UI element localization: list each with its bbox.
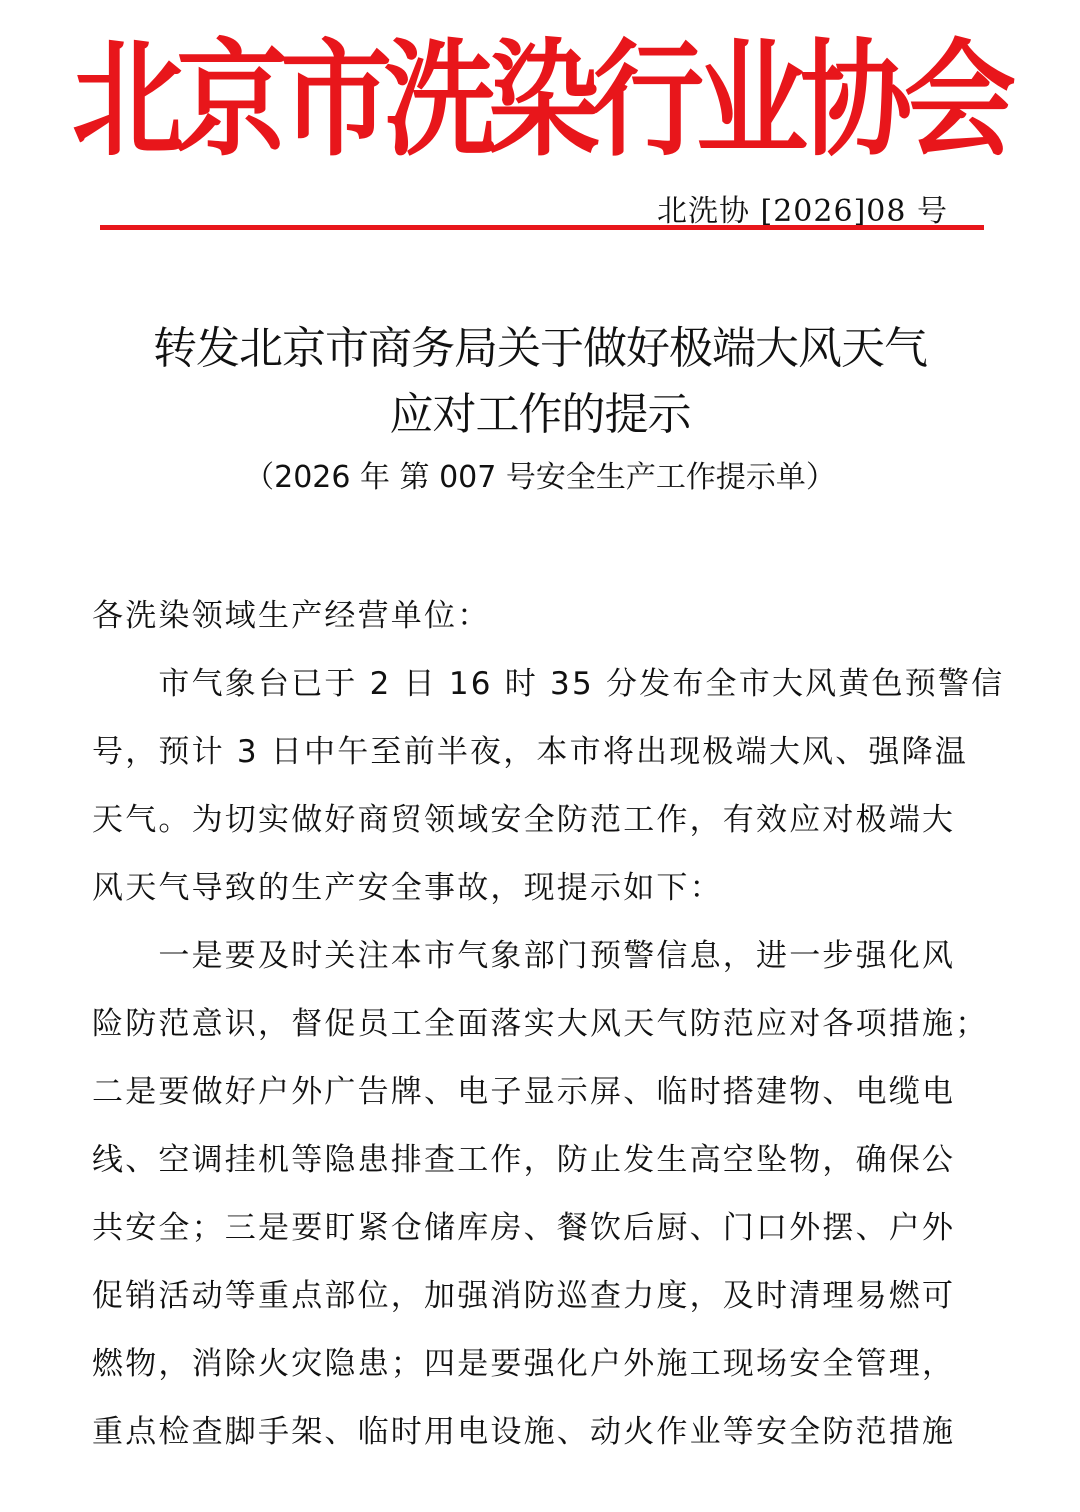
- body-line: 市气象台已于 2 日 16 时 35 分发布全市大风黄色预警信: [92, 658, 992, 703]
- body-line: 天气。为切实做好商贸领域安全防范工作，有效应对极端大: [92, 794, 992, 839]
- document-subtitle: （2026 年 第 007 号安全生产工作提示单）: [0, 452, 1080, 496]
- body-line: 燃物，消除火灾隐患；四是要强化户外施工现场安全管理，: [92, 1338, 992, 1383]
- document-title-line-1: 转发北京市商务局关于做好极端大风天气: [0, 312, 1080, 376]
- red-divider: [100, 225, 984, 230]
- body-line: 线、空调挂机等隐患排查工作，防止发生高空坠物，确保公: [92, 1134, 992, 1179]
- salutation: 各洗染领域生产经营单位：: [92, 590, 992, 635]
- body-line: 险防范意识，督促员工全面落实大风天气防范应对各项措施；: [92, 998, 992, 1043]
- body-line: 共安全；三是要盯紧仓储库房、餐饮后厨、门口外摆、户外: [92, 1202, 992, 1247]
- body-line: 号，预计 3 日中午至前半夜，本市将出现极端大风、强降温: [92, 726, 992, 771]
- body-line: 促销活动等重点部位，加强消防巡查力度，及时清理易燃可: [92, 1270, 992, 1315]
- body-line: 二是要做好户外广告牌、电子显示屏、临时搭建物、电缆电: [92, 1066, 992, 1111]
- body-line: 重点检查脚手架、临时用电设施、动火作业等安全防范措施: [92, 1406, 992, 1451]
- document-number: 北洗协 [2026]08 号: [657, 186, 948, 230]
- body-line: 一是要及时关注本市气象部门预警信息，进一步强化风: [92, 930, 992, 975]
- body-line: 风天气导致的生产安全事故，现提示如下：: [92, 862, 992, 907]
- document-title-line-2: 应对工作的提示: [0, 378, 1080, 442]
- organization-masthead: 北京市洗染行业协会: [0, 28, 1080, 174]
